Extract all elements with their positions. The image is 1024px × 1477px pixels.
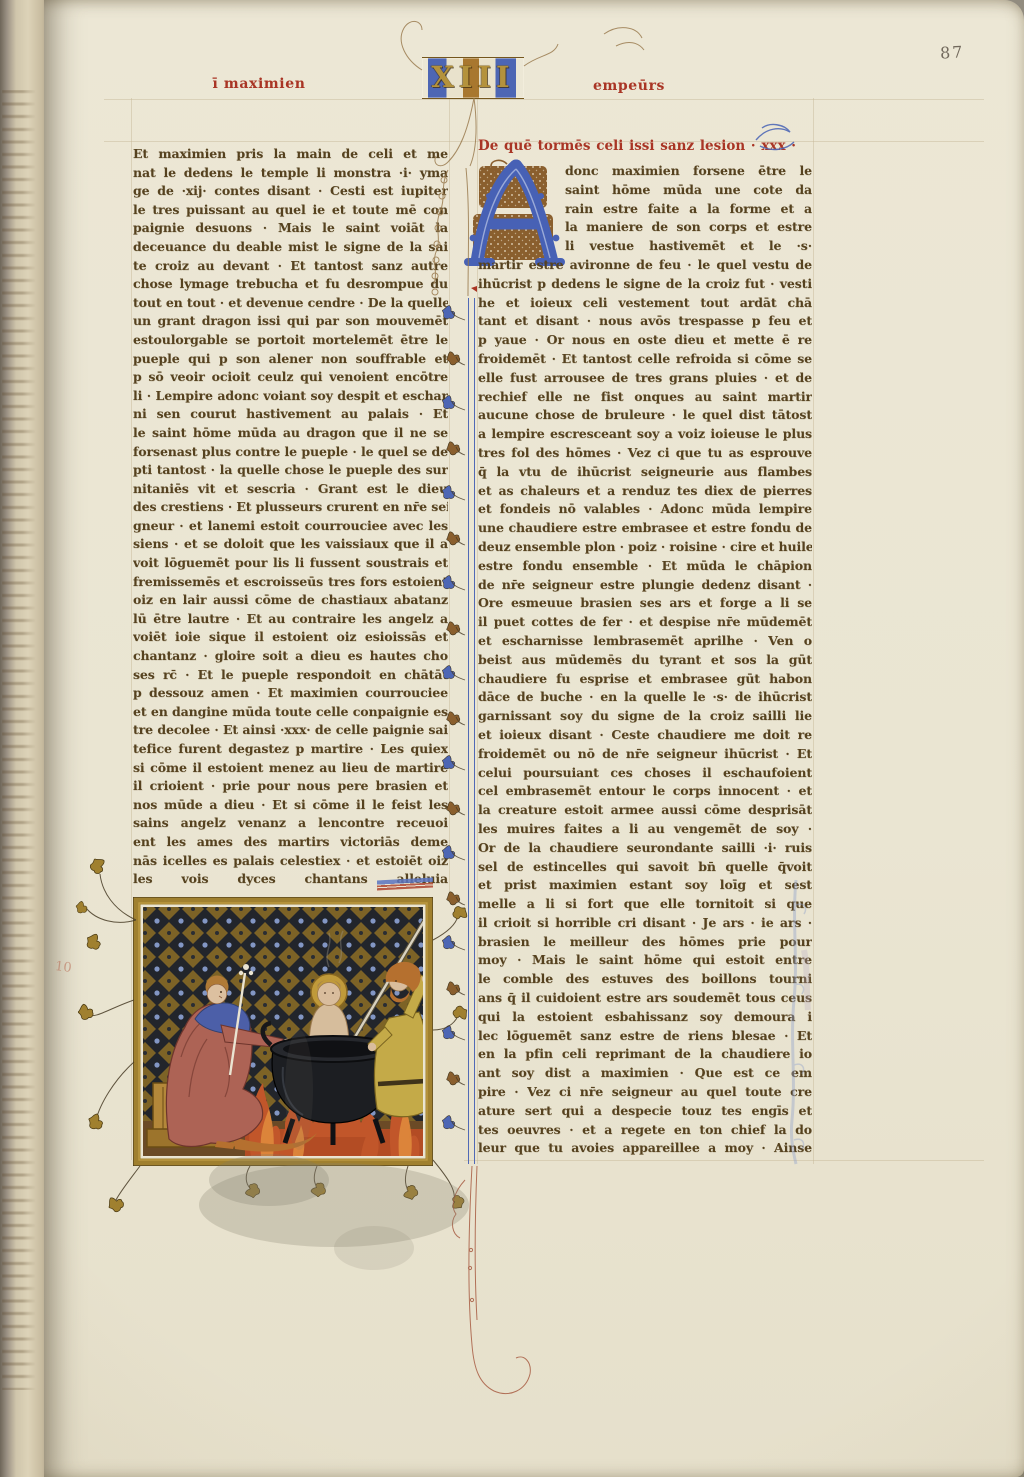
manuscript-scan: ī maximien XIII empeūrs 87 Et maximien p…	[0, 0, 1024, 1477]
ivy-stem	[456, 807, 465, 815]
text-line: lec lōguemēt sanz estre de riens blesae …	[478, 1027, 812, 1046]
text-line: tefice furent degastez p martire · Les q…	[133, 740, 448, 759]
text-line: tre decolee · Et ainsi ·xxx· de celle pa…	[133, 721, 448, 740]
ivy-stem	[452, 312, 465, 320]
text-line: nās icelles es palais celestiex · et est…	[133, 852, 448, 871]
penwork-descender	[453, 1166, 531, 1394]
text-line: he et ioieux celi vestement tout ardāt c…	[478, 294, 812, 313]
ivy-leaf-icon	[445, 1070, 461, 1086]
illuminated-initial-A	[461, 158, 565, 266]
text-line: de nr̄e seigneur estre plungie dedenz di…	[478, 576, 812, 595]
text-line: melle a li si fort que elle tornitoit si…	[478, 895, 812, 914]
text-line: rain estre faite a la forme et a	[565, 200, 812, 219]
text-line: beist aus mūdemēs du tyrant et sos la gū…	[478, 651, 812, 670]
text-line: nitaniēs vit et sescria · Grant est le d…	[133, 480, 448, 499]
text-line: ses rc̄ · Et le pueple respondoit en chā…	[133, 666, 448, 685]
text-line: sains angelz venanz a lencontre receuoi	[133, 814, 448, 833]
text-line: si cōme il estoient menez au lieu de mar…	[133, 759, 448, 778]
text-line: des crestiens · Et plusseurs crurent en …	[133, 498, 448, 517]
text-line: Et maximien pris la main de celi et me	[133, 145, 448, 164]
text-line: un grant dragon issi qui par son mouvemē…	[133, 312, 448, 331]
text-line: froidemēt · Et tantost celle refroida si…	[478, 350, 812, 369]
text-line: celui poursuiant ces choses il eschaufoi…	[478, 764, 812, 783]
text-line: et ioieux disant · Ceste chaudiere me do…	[478, 726, 812, 745]
text-line: paignie desuons · Mais le saint voiāt la	[133, 219, 448, 238]
ivy-leaf-icon	[445, 980, 461, 996]
ivy-stem	[456, 627, 465, 635]
text-line: gneur · et lanemi estoit courrouciee ave…	[133, 517, 448, 536]
text-line: tres fol des hōmes · Vez ci que tu as es…	[478, 444, 812, 463]
text-line: dāce de buche · en la quelle le ·s· de i…	[478, 688, 812, 707]
text-line: pueple qui p son alener non souffrable e…	[133, 350, 448, 369]
chapter-rubric: De quē tormēs celi issi sanz lesion · xx…	[478, 136, 796, 156]
text-line: voit lōguemēt pour lis li fussent soustr…	[133, 554, 448, 573]
chapter-numeral-panel: XIII	[422, 57, 524, 99]
ivy-stem	[456, 987, 465, 995]
text-line: estoulorgable se portoit mortelemēt ētre…	[133, 331, 448, 350]
ivy-stem	[456, 1077, 465, 1085]
text-line: p sō veoir ocioit ceulz qui venoient enc…	[133, 368, 448, 387]
text-line: aucune chose de bruleure · le quel dist …	[478, 406, 812, 425]
bar-border	[468, 298, 475, 1164]
text-line: froidemēt ou nō de nr̄e seigneur ihūcris…	[478, 745, 812, 764]
text-line: la maniere de son corps et estre	[565, 218, 812, 237]
left-text-column: Et maximien pris la main de celi et mena…	[133, 145, 448, 889]
text-line: tes oeuvres · et a regete en ton chief l…	[478, 1121, 812, 1140]
text-line: Or de la chaudiere seurondante sailli ·i…	[478, 839, 812, 858]
text-line: li vestue hastivemēt et le ·s·	[565, 237, 812, 256]
ivy-stem	[456, 537, 465, 545]
ruling-line	[131, 98, 132, 1160]
text-line: et escharnisse lembrasemēt aprilhe · Ven…	[478, 632, 812, 651]
text-line: pire · Vez ci nr̄e seigneur au quel tout…	[478, 1083, 812, 1102]
text-line: Ore esmeuue brasien ses ars et forge a l…	[478, 594, 812, 613]
text-line: chaudiere fu esprise et embrasee gūt hab…	[478, 670, 812, 689]
text-line: et as chaleurs et a renduz tes diex de p…	[478, 482, 812, 501]
text-line: martir estre avironne de feu · le quel v…	[478, 256, 812, 275]
text-line: une chaudiere estre embrasee et estre fo…	[478, 519, 812, 538]
text-line: il crioit si horrible cri disant · Je ar…	[478, 914, 812, 933]
ivy-stem	[452, 402, 465, 410]
text-line: deceuance du deable mist le signe de la …	[133, 238, 448, 257]
text-line: forsenast plus contre le pueple · le que…	[133, 443, 448, 462]
ivy-stem	[452, 942, 465, 950]
saint-face	[318, 983, 341, 1006]
text-line: ant soy dist a maximien · Que est ce em	[478, 1064, 812, 1083]
text-line: moy · Mais le saint hōme qui estoit entr…	[478, 951, 812, 970]
facing-page-text-ghost	[2, 90, 36, 1390]
text-line: p dessouz amen · Et maximien courrouciee	[133, 684, 448, 703]
text-line: li · Lempire adonc voiant soy despit et …	[133, 387, 448, 406]
text-line: p yaue · Or nous en oste dieu et mette ē…	[478, 331, 812, 350]
text-line: q̄ la vtu de ihūcrist seigneurie aus fla…	[478, 463, 812, 482]
manuscript-page: ī maximien XIII empeūrs 87 Et maximien p…	[44, 0, 1024, 1477]
text-line: te croiz au devant · Et tantost sanz aut…	[133, 257, 448, 276]
text-line: chantanz · gloire soit a dieu es hautes …	[133, 647, 448, 666]
miniature-painting	[133, 897, 433, 1166]
text-line: a lempire escresceant soy a voiz ioieuse…	[478, 425, 812, 444]
running-title-right: empeūrs	[574, 78, 684, 94]
text-line: ihūcrist p dedens le signe de la croiz f…	[478, 275, 812, 294]
text-line: le saint hōme mūda au dragon que il ne s…	[133, 424, 448, 443]
text-line: fremissemēs et escroisseūs tres fors est…	[133, 573, 448, 592]
text-line: cel embrasemēt entour le corps innocent …	[478, 782, 812, 801]
text-line: et en dangine mūda toute celle conpaigni…	[133, 703, 448, 722]
text-line: il crioient · prie pour nous pere brasie…	[133, 777, 448, 796]
text-line: le tres puissant au quel ie et toute mē …	[133, 201, 448, 220]
text-line: ent les ames des martirs victoriās deme	[133, 833, 448, 852]
ivy-stem	[452, 1032, 465, 1040]
margin-number: 10	[54, 959, 72, 976]
ivy-stem	[452, 852, 465, 860]
text-line: qui la estoient esbahissanz soy demoura …	[478, 1008, 812, 1027]
ivy-stem	[456, 717, 465, 725]
text-line: et prist maximien estant soy loīg et ses…	[478, 876, 812, 895]
ivy-stem	[452, 1122, 465, 1130]
belt	[378, 1081, 426, 1084]
ruling-line	[813, 98, 814, 1164]
text-line: oiz en lair aussi cōme de chastiaux abat…	[133, 591, 448, 610]
text-line: ni sen courut hastivement au palais · Et	[133, 405, 448, 424]
text-line: pti tantost · la quelle chose le pueple …	[133, 461, 448, 480]
ivy-stem	[452, 582, 465, 590]
text-line: garnissant soy du signe de la croiz sail…	[478, 707, 812, 726]
text-line: le comble des estuves des boillons tourn…	[478, 970, 812, 989]
text-line: et fondeis nō valables · Adonc mūda lemp…	[478, 500, 812, 519]
text-line: ge de ·xij· contes disant · Cesti est iu…	[133, 182, 448, 201]
ivy-leaf-icon	[440, 934, 456, 950]
text-line: siens · et se doloit que les vaissiaux q…	[133, 535, 448, 554]
ivy-stem	[456, 447, 465, 455]
text-line: nos mūde a dieu · Et si cōme il le feist…	[133, 796, 448, 815]
ivy-stem	[456, 897, 465, 905]
text-line: ans q̄ il cuidoient estre ars soudemēt t…	[478, 989, 812, 1008]
text-line: brasien le meilleur des hōmes prie pour	[478, 933, 812, 952]
ivy-stem	[456, 357, 465, 365]
ivy-stem	[452, 762, 465, 770]
ivy-stem	[452, 672, 465, 680]
ruling-line	[449, 98, 450, 898]
text-line: en la pfin celi reprimant de la chaudier…	[478, 1045, 812, 1064]
running-title-left: ī maximien	[184, 76, 334, 92]
text-line: sel de estincelles qui savoit bn̄ quelle…	[478, 858, 812, 877]
text-line: la creature estoit armee aussi cōme desp…	[478, 801, 812, 820]
text-line: chose lymage trebucha et fu desrompue du	[133, 275, 448, 294]
text-line: estre fondu ensemble · Et mūda le chāpio…	[478, 557, 812, 576]
text-line: deuz ensemble plon · poiz · roisine · ci…	[478, 538, 812, 557]
ivy-leaf-icon	[445, 890, 461, 906]
ruling-line	[104, 99, 984, 100]
right-text-column-opening: donc maximien forsene ētre lesaint hōme …	[565, 162, 812, 256]
text-line: saint hōme mūda une cote da	[565, 181, 812, 200]
ivy-leaf-icon	[440, 1114, 456, 1130]
text-line: tant et disant · nous avōs trespasse p f…	[478, 312, 812, 331]
text-line: tout en tout · et devenue cendre · De la…	[133, 294, 448, 313]
text-line: rechief elle ne fist onques au saint mar…	[478, 388, 812, 407]
text-line: lū ētre lautre · Et au contraire les ang…	[133, 610, 448, 629]
right-text-column: martir estre avironne de feu · le quel v…	[478, 256, 812, 1158]
text-line: leur que tu avoies appareillee a moy · A…	[478, 1139, 812, 1158]
ivy-stem	[452, 492, 465, 500]
folio-number: 87	[940, 40, 1001, 62]
text-line: les muires faites a li au vengemēt de so…	[478, 820, 812, 839]
emperor-face	[207, 984, 227, 1004]
ivy-leaf-icon	[440, 1024, 456, 1040]
text-line: elle fust arrousee de tres grans pluies …	[478, 369, 812, 388]
text-line: il puet cottes de fer · et despise nr̄e …	[478, 613, 812, 632]
text-line: ature sert qui a despecie touz tes engīs…	[478, 1102, 812, 1121]
text-line: nat le dedens le temple li monstra ·i· y…	[133, 164, 448, 183]
chapter-numeral: XIII	[431, 60, 514, 94]
text-line: donc maximien forsene ētre le	[565, 162, 812, 181]
text-line: voiēt ioie sique il estoient oiz esioiss…	[133, 628, 448, 647]
ruling-line	[464, 1160, 984, 1161]
